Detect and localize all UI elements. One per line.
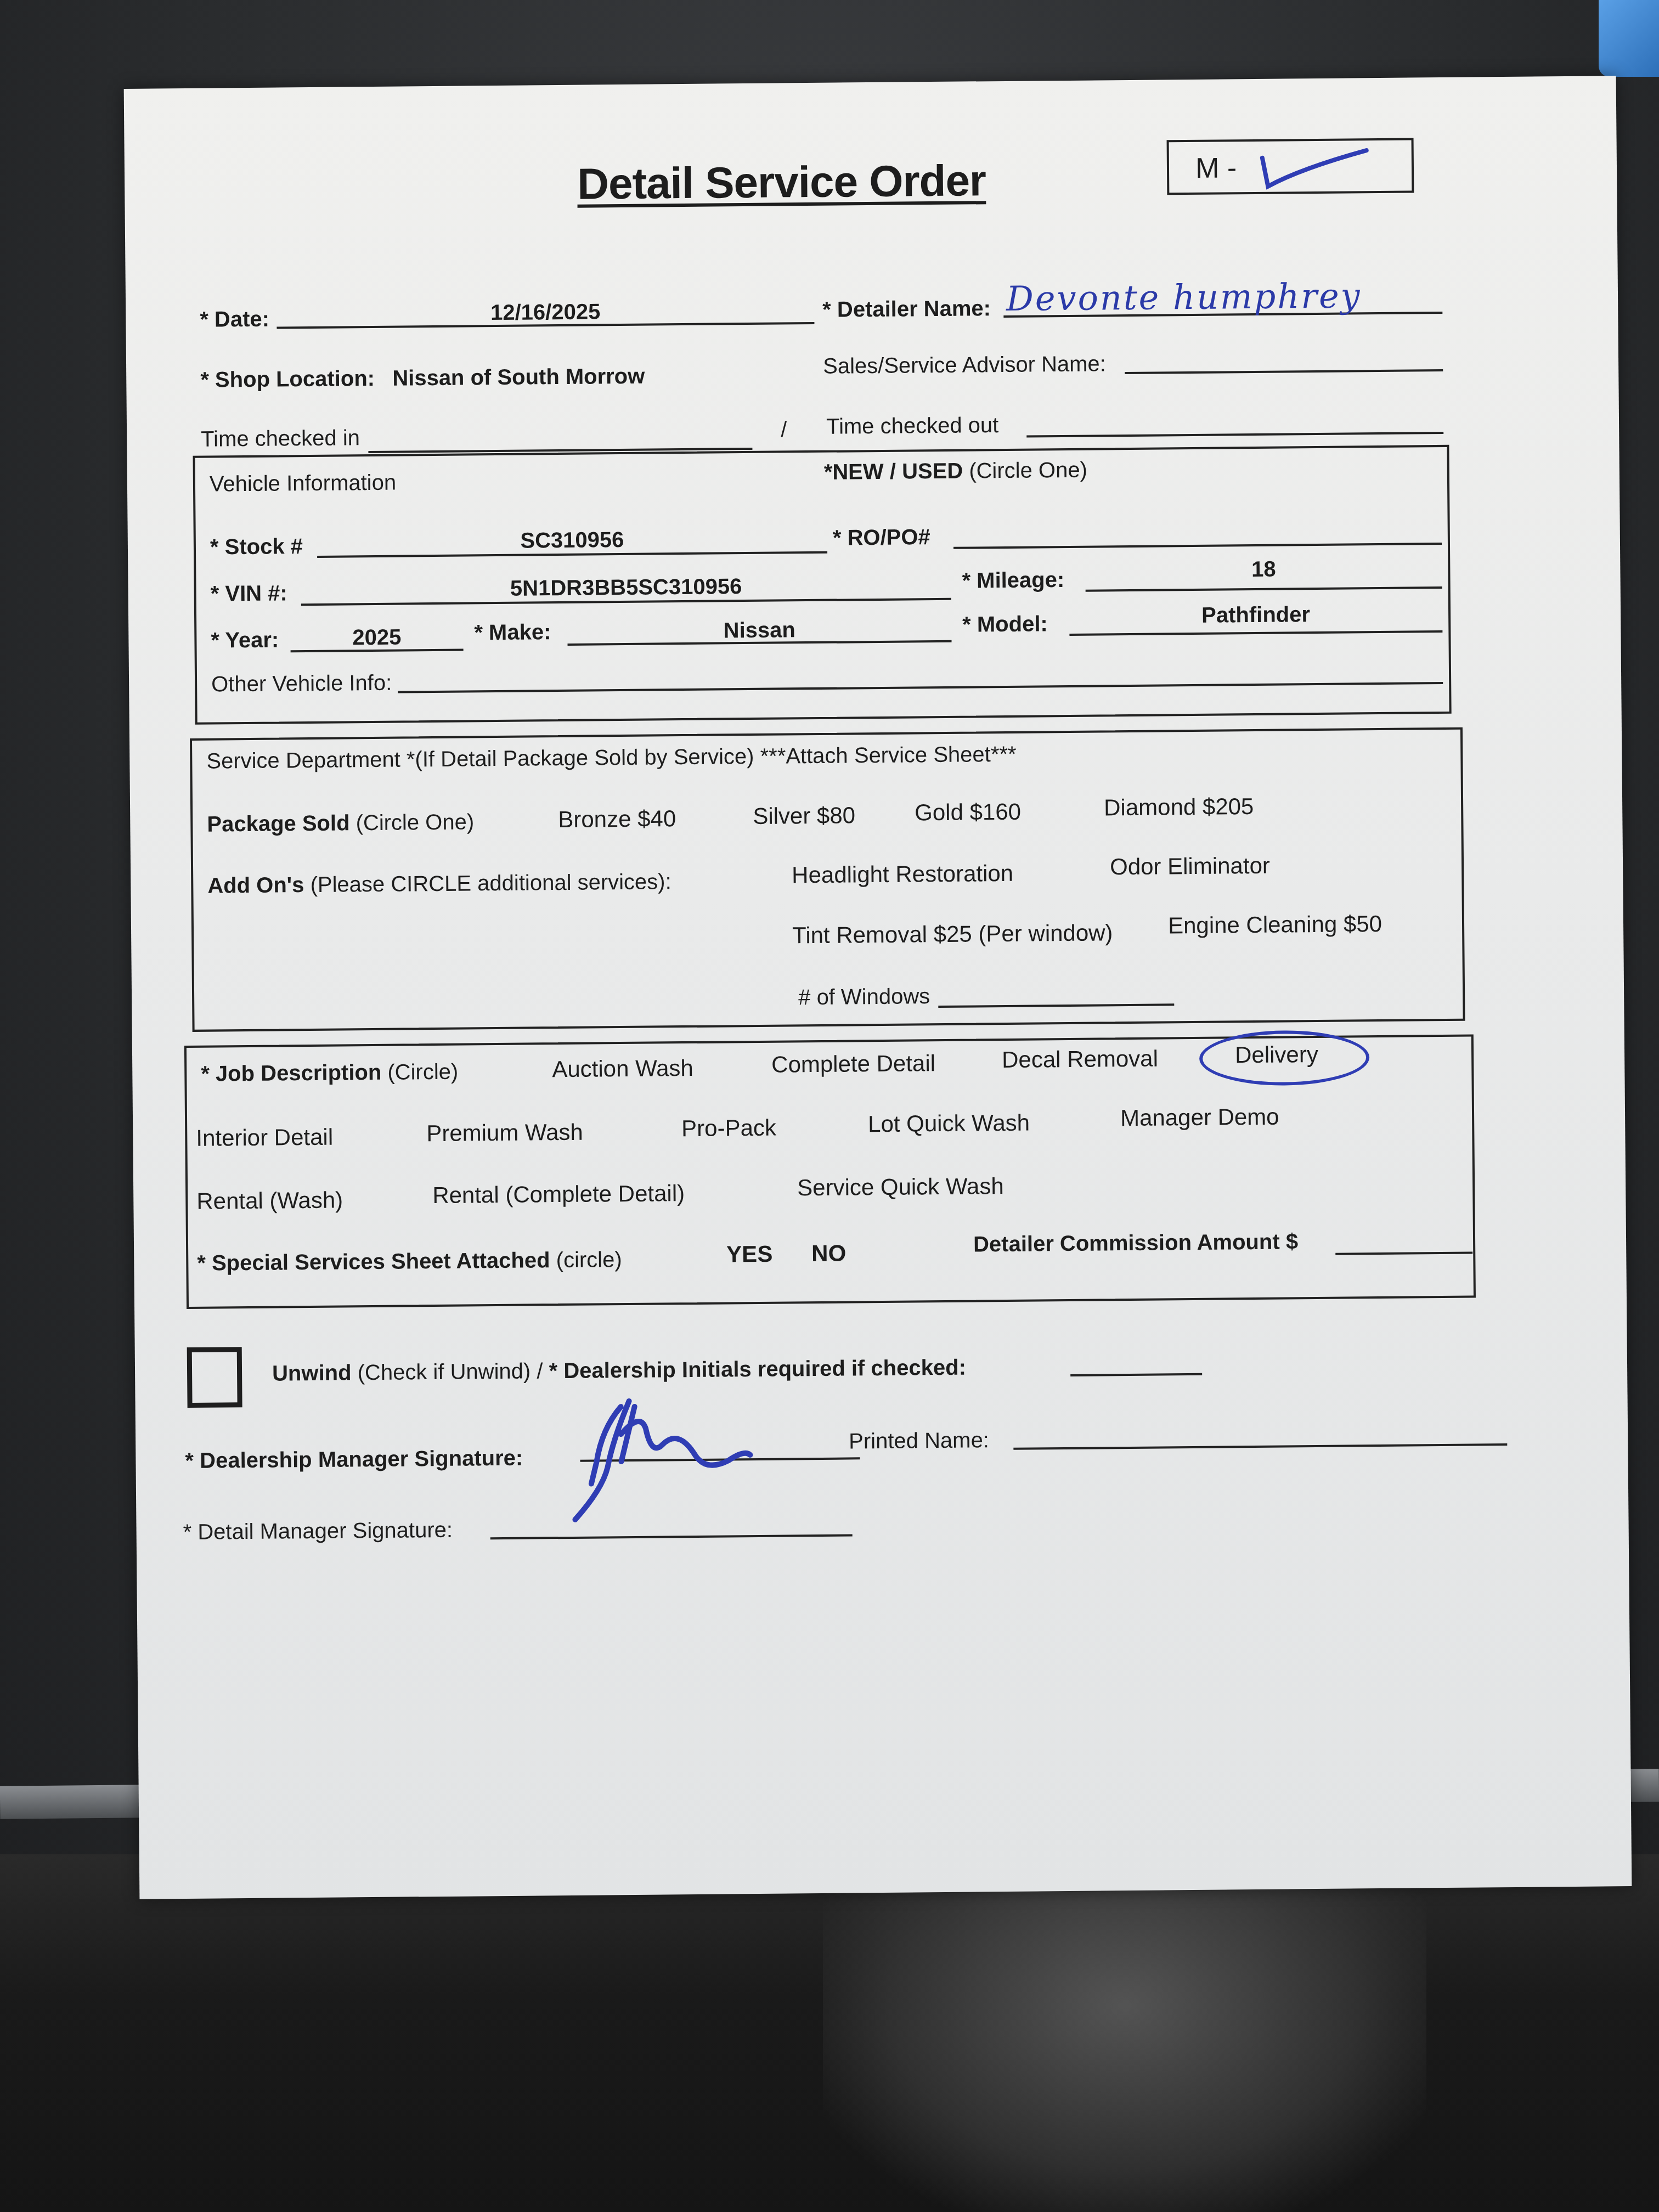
new-used-hint: (Circle One) [969,458,1087,483]
detail-service-order-form: Detail Service Order M - * Date: 12/16/2… [124,76,1632,1899]
addon-odor-eliminator[interactable]: Odor Eliminator [1110,853,1270,881]
new-used-label: *NEW / USED [824,459,963,484]
job-rental-complete-detail[interactable]: Rental (Complete Detail) [432,1180,685,1209]
job-complete-detail[interactable]: Complete Detail [771,1050,935,1078]
windows-field[interactable] [938,979,1174,1008]
advisor-name-label: Sales/Service Advisor Name: [823,352,1106,379]
model-label: * Model: [962,612,1048,637]
time-checked-out-field[interactable] [1026,407,1443,438]
package-sold-hint: (Circle One) [356,810,474,835]
job-pro-pack[interactable]: Pro-Pack [681,1115,776,1142]
time-checked-in-field[interactable] [368,422,752,453]
job-lot-quick-wash[interactable]: Lot Quick Wash [868,1110,1030,1138]
m-box[interactable]: M - [1167,138,1414,195]
blue-object-corner [1599,0,1659,77]
addon-tint-removal[interactable]: Tint Removal $25 (Per window) [792,919,1113,949]
special-services-title: * Special Services Sheet Attached [197,1248,550,1276]
job-description-label: * Job Description (Circle) [201,1060,458,1087]
add-ons-title: Add On's [207,873,304,898]
ro-po-label: * RO/PO# [833,525,930,551]
printed-name-label: Printed Name: [849,1428,989,1454]
advisor-name-field[interactable] [1125,346,1443,374]
year-label: * Year: [211,628,279,653]
job-auction-wash[interactable]: Auction Wash [552,1055,693,1082]
shop-location-label: * Shop Location: [200,366,375,393]
unwind-title: Unwind [272,1361,352,1385]
make-value: Nissan [567,617,951,645]
m-box-label: M - [1195,152,1237,184]
package-sold-title: Package Sold [207,811,349,836]
vin-label: * VIN #: [211,581,287,606]
mileage-label: * Mileage: [962,568,1064,594]
package-bronze[interactable]: Bronze $40 [558,805,676,833]
form-title: Detail Service Order [577,155,986,209]
special-services-yes[interactable]: YES [726,1241,772,1268]
other-vehicle-info-label: Other Vehicle Info: [211,671,392,697]
printed-name-field[interactable] [1013,1413,1507,1450]
time-checked-in-label: Time checked in [201,426,360,452]
date-value: 12/16/2025 [276,298,814,328]
job-description-hint: (Circle) [387,1060,458,1085]
detailer-name-value: Devonte humphrey [1006,275,1362,319]
addon-engine-cleaning[interactable]: Engine Cleaning $50 [1168,911,1382,939]
special-services-label: * Special Services Sheet Attached (circl… [197,1248,622,1276]
vehicle-info-heading: Vehicle Information [210,471,397,497]
date-label: * Date: [200,307,269,332]
job-premium-wash[interactable]: Premium Wash [426,1119,583,1147]
windows-label: # of Windows [798,984,930,1010]
time-separator: / [781,417,787,442]
mileage-value: 18 [1085,556,1442,584]
commission-label: Detailer Commission Amount $ [973,1229,1298,1257]
checkmark-icon [1251,146,1378,191]
commission-field[interactable] [1335,1224,1472,1255]
package-silver[interactable]: Silver $80 [753,802,855,830]
job-rental-wash[interactable]: Rental (Wash) [196,1187,343,1215]
job-service-quick-wash[interactable]: Service Quick Wash [797,1173,1004,1201]
package-diamond[interactable]: Diamond $205 [1104,793,1254,821]
new-used-selector[interactable]: *NEW / USED (Circle One) [824,458,1087,485]
floor-highlight [823,1865,1426,2212]
unwind-label: Unwind (Check if Unwind) / * Dealership … [272,1356,966,1386]
package-sold-label: Package Sold (Circle One) [207,810,474,837]
ro-po-field[interactable] [953,516,1442,549]
unwind-hint: (Check if Unwind) / [357,1359,543,1385]
job-decal-removal[interactable]: Decal Removal [1002,1046,1158,1073]
add-ons-hint: (Please CIRCLE additional services): [310,870,671,897]
detail-manager-signature-label: * Detail Manager Signature: [183,1518,453,1545]
dealership-initials-label: * Dealership Initials required if checke… [549,1356,966,1384]
time-checked-out-label: Time checked out [826,413,999,439]
unwind-checkbox[interactable] [187,1347,242,1408]
year-value: 2025 [290,625,463,651]
special-services-no[interactable]: NO [811,1240,846,1267]
dealership-initials-field[interactable] [1070,1347,1202,1376]
shop-location-value: Nissan of South Morrow [392,364,645,391]
stock-label: * Stock # [210,534,303,560]
add-ons-label: Add On's (Please CIRCLE additional servi… [207,870,672,898]
model-value: Pathfinder [1069,601,1442,629]
special-services-hint: (circle) [556,1248,622,1272]
job-description-title: * Job Description [201,1060,381,1086]
package-gold[interactable]: Gold $160 [915,799,1021,826]
job-manager-demo[interactable]: Manager Demo [1120,1104,1279,1132]
addon-headlight-restoration[interactable]: Headlight Restoration [792,860,1013,889]
detail-manager-signature-field[interactable] [490,1503,852,1539]
stock-value: SC310956 [317,526,827,555]
make-label: * Make: [474,620,551,645]
dealership-manager-signature-label: * Dealership Manager Signature: [185,1446,523,1474]
job-interior-detail[interactable]: Interior Detail [196,1124,333,1152]
detailer-name-label: * Detailer Name: [822,296,991,323]
